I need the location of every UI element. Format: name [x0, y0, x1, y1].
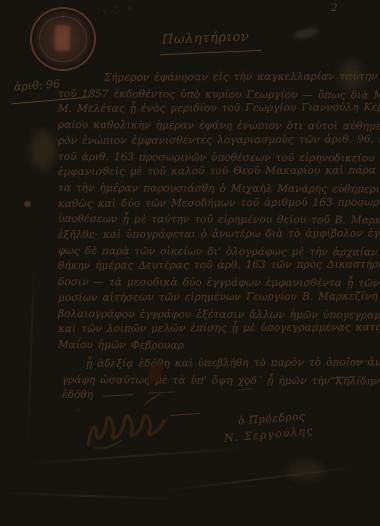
- pencil-page-number: 2: [331, 3, 337, 14]
- pencil-smudge: [293, 26, 318, 41]
- paper-stain: [30, 130, 56, 170]
- title-underline: [160, 50, 262, 55]
- body-line: ἐξῆλθε· καὶ ὑπογράφεται ὁ ἀνωτέρω διὰ τὸ…: [58, 226, 378, 243]
- body-line: καὶ τῶν λοιπῶν μελῶν ἐπίσης ᾗ μὲ ὑπογεγρ…: [58, 321, 378, 338]
- body-text: Σήμερον ἐφάνησαν εἰς τὴν καγκελλαρίαν τα…: [58, 71, 378, 354]
- scanned-document: ῾τ 5 ϰ 2 Πωλητήριον ἀριθ: 96 Σήμερον ἐφά…: [0, 0, 380, 526]
- body-line: ρὸν ἐνώπιον ἐμφανισθέντες λογαριασμοὺς τ…: [58, 132, 378, 149]
- body-line: μοσίων αἰτήσεων τῶν εἰρημένων Γεωργίου Β…: [58, 289, 378, 306]
- paper-crease: [151, 465, 370, 493]
- paper-crease: [0, 492, 180, 500]
- body-line: ἐμφανισθεὶς μὲ τοῦ καλοῦ τοῦ Θεοῦ Μακαρί…: [58, 164, 378, 181]
- document-title: Πωλητήριον: [162, 29, 250, 47]
- paper-sheet: ῾τ 5 ϰ 2 Πωλητήριον ἀριθ: 96 Σήμερον ἐφά…: [0, 0, 380, 526]
- closing-line: ᾗ ἀδεξίᾳ ἐδόθη καὶ ὑπεβλήθη τὸ παρὸν τὸ …: [62, 355, 378, 372]
- ink-notation: ῾τ 5 ϰ: [95, 3, 135, 18]
- paper-crease: [20, 447, 250, 465]
- round-ink-stamp-icon: [30, 7, 96, 71]
- body-line: Μαΐου ἡμῶν Φεβρουαρ: [58, 338, 378, 355]
- body-line: Σήμερον ἐφάνησαν εἰς τὴν καγκελλαρίαν τα…: [58, 69, 378, 86]
- ink-stain: [24, 201, 31, 207]
- ink-dash: [170, 413, 200, 416]
- archive-number: ἀριθ: 96: [14, 77, 61, 93]
- body-line: καθὼς καὶ δύο τῶν Μεσοδήμων τοῦ ἀριθμοῦ …: [58, 195, 378, 212]
- body-line: Μ. Μελέτας ᾗ ἑνὸς μεριδίου τοῦ Γεωργίου …: [58, 101, 378, 118]
- signature-name: Ν. Σεργούλης: [224, 424, 314, 445]
- closing-text: ᾗ ἀδεξίᾳ ἐδόθη καὶ ὑπεβλήθη τὸ παρὸν τὸ …: [62, 357, 378, 404]
- body-line: θήκην ἡμέρας Δευτέρας τοῦ ἀρθ. 163 τῶν π…: [58, 258, 378, 275]
- paper-crease: [27, 250, 36, 450]
